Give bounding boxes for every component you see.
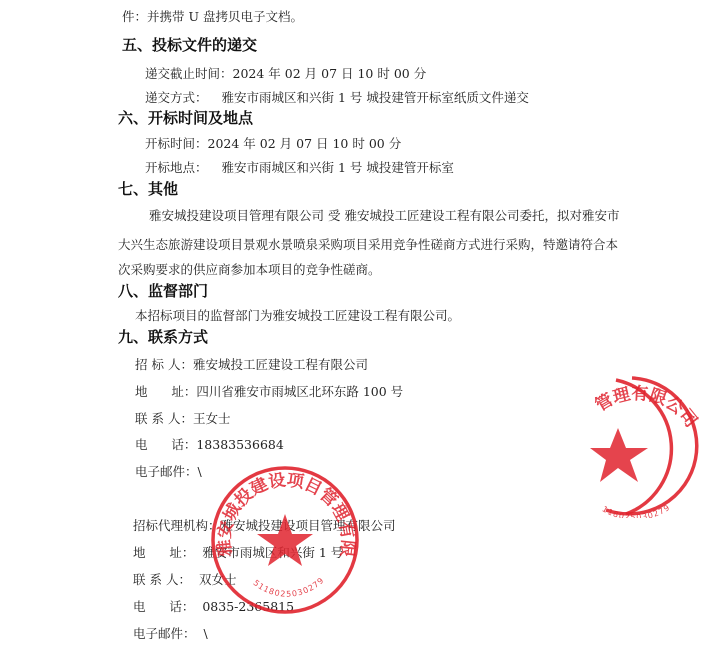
- field-value: 雅安市雨城区和兴街 1 号 城投建管开标室: [222, 160, 454, 175]
- svg-text:5118025030279: 5118025030279: [251, 576, 326, 599]
- field-label: 递交方式：: [145, 90, 208, 105]
- svg-text:管理有限公司: 管理有限公司: [592, 383, 701, 432]
- field-label: 联 系 人：: [135, 411, 193, 426]
- opening-location: 开标地点：雅安市雨城区和兴街 1 号 城投建管开标室: [145, 160, 454, 176]
- svg-text:118025030279: 118025030279: [601, 503, 672, 518]
- tenderer-email: 电子邮件：\: [135, 464, 202, 480]
- field-label: 电 话：: [133, 599, 194, 614]
- field-label: 开标地点：: [145, 160, 208, 175]
- tenderer-phone: 电 话：18383536684: [135, 437, 284, 453]
- field-value: 18383536684: [196, 437, 283, 452]
- tenderer-contact: 联 系 人：王女士: [135, 411, 230, 427]
- field-label: 招标代理机构：: [133, 518, 221, 533]
- field-value: 雅安市雨城区和兴街 1 号 城投建管开标室纸质文件递交: [222, 90, 529, 105]
- field-value: 0835-2365815: [202, 599, 294, 614]
- field-value: 2024 年 02 月 07 日 10 时 00 分: [233, 66, 427, 81]
- tenderer-address: 地 址：四川省雅安市雨城区北环东路 100 号: [135, 384, 403, 400]
- field-label: 电子邮件：: [135, 464, 198, 479]
- section-heading-9: 九、联系方式: [118, 328, 208, 346]
- field-label: 电 话：: [135, 437, 196, 452]
- svg-text:雅安城投建设项目管理有限公司: 雅安城投建设项目管理有限公司: [207, 462, 358, 558]
- field-label: 地 址：: [133, 545, 194, 560]
- section-heading-7: 七、其他: [118, 180, 178, 198]
- company-seal-stamp: 雅安城投建设项目管理有限公司 5118025030279: [207, 462, 363, 618]
- field-label: 电子邮件：: [133, 626, 196, 641]
- section-heading-5: 五、投标文件的递交: [122, 36, 257, 54]
- submission-method: 递交方式：雅安市雨城区和兴街 1 号 城投建管开标室纸质文件递交: [145, 90, 529, 106]
- paragraph-line: 雅安城投建设项目管理有限公司 受 雅安城投工匠建设工程有限公司委托，拟对雅安市: [149, 208, 619, 224]
- field-value: 四川省雅安市雨城区北环东路 100 号: [196, 384, 403, 399]
- submission-deadline: 递交截止时间：2024 年 02 月 07 日 10 时 00 分: [145, 66, 426, 82]
- continued-text-line: 件：并携带 U 盘拷贝电子文档。: [122, 9, 303, 25]
- field-value: 雅安市雨城区和兴街 1 号: [202, 545, 343, 560]
- field-label: 地 址：: [135, 384, 196, 399]
- field-value: 双女士: [199, 572, 237, 587]
- agency-email: 电子邮件：\: [133, 626, 208, 642]
- paragraph-line: 大兴生态旅游建设项目景观水景喷泉采购项目采用竞争性磋商方式进行采购，特邀请符合本: [118, 237, 618, 253]
- opening-time: 开标时间：2024 年 02 月 07 日 10 时 00 分: [145, 136, 401, 152]
- field-value: \: [204, 626, 208, 641]
- agency-phone: 电 话：0835-2365815: [133, 599, 294, 615]
- field-value: \: [198, 464, 202, 479]
- field-value: 雅安城投建设项目管理有限公司: [221, 518, 396, 533]
- agency-address: 地 址：雅安市雨城区和兴街 1 号: [133, 545, 343, 561]
- agency-name: 招标代理机构：雅安城投建设项目管理有限公司: [133, 518, 396, 534]
- field-label: 开标时间：: [145, 136, 208, 151]
- paragraph-line: 本招标项目的监督部门为雅安城投工匠建设工程有限公司。: [135, 308, 460, 324]
- star-icon: [590, 428, 648, 482]
- field-label: 招 标 人：: [135, 357, 193, 372]
- field-value: 王女士: [193, 411, 231, 426]
- field-value: 雅安城投工匠建设工程有限公司: [193, 357, 368, 372]
- field-label: 递交截止时间：: [145, 66, 233, 81]
- section-heading-8: 八、监督部门: [118, 282, 208, 300]
- agency-contact: 联 系 人：双女士: [133, 572, 236, 588]
- field-value: 2024 年 02 月 07 日 10 时 00 分: [208, 136, 402, 151]
- field-label: 联 系 人：: [133, 572, 191, 587]
- partial-seal-stamp: 管理有限公司 118025030279: [586, 372, 710, 518]
- section-heading-6: 六、开标时间及地点: [118, 109, 253, 127]
- paragraph-line: 次采购要求的供应商参加本项目的竞争性磋商。: [118, 262, 381, 278]
- tenderer-name: 招 标 人：雅安城投工匠建设工程有限公司: [135, 357, 368, 373]
